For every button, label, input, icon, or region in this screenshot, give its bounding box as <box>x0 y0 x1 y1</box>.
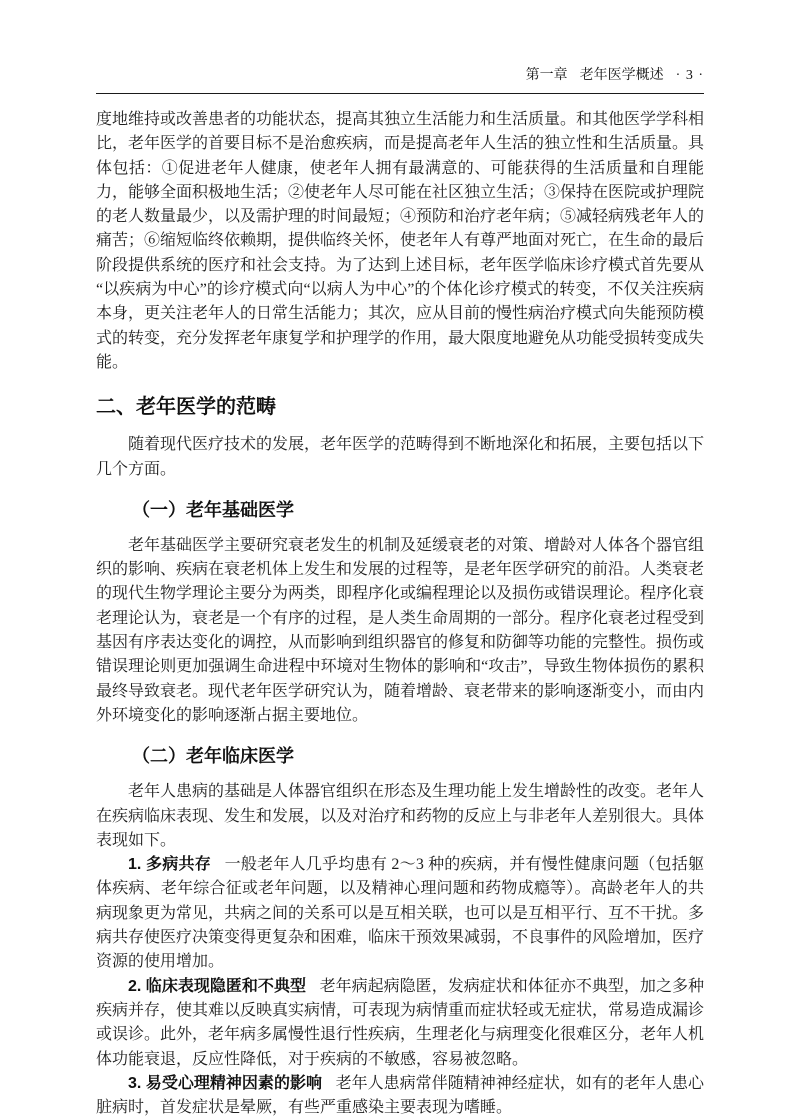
textbook-page: 第一章 老年医学概述 · 3 · 度地维持或改善患者的功能状态，提高其独立生活能… <box>0 0 800 1103</box>
subsection-paragraph-basic-medicine: 老年基础医学主要研究衰老发生的机制及延缓衰老的对策、增龄对人体各个器官组织的影响… <box>96 534 704 728</box>
numbered-item-comorbidity: 1. 多病共存一般老年人几乎均患有 2～3 种的疾病，并有慢性健康问题（包括躯体… <box>96 853 704 974</box>
page-body: 度地维持或改善患者的功能状态，提高其独立生活能力和生活质量。和其他医学学科相比，… <box>96 108 704 1120</box>
intro-paragraph: 度地维持或改善患者的功能状态，提高其独立生活能力和生活质量。和其他医学学科相比，… <box>96 108 704 375</box>
subsection-paragraph-clinical-medicine: 老年人患病的基础是人体器官组织在形态及生理功能上发生增龄性的改变。老年人在疾病临… <box>96 780 704 853</box>
numbered-item-label: 2. 临床表现隐匿和不典型 <box>128 978 306 995</box>
numbered-item-text: 一般老年人几乎均患有 2～3 种的疾病，并有慢性健康问题（包括躯体疾病、老年综合… <box>96 856 704 970</box>
subsection-heading-basic-medicine: （一）老年基础医学 <box>96 498 704 522</box>
page-number: · 3 · <box>676 66 704 86</box>
running-head-title: 老年医学概述 <box>580 66 664 86</box>
subsection-heading-clinical-medicine: （二）老年临床医学 <box>96 744 704 768</box>
numbered-item-label: 3. 易受心理精神因素的影响 <box>128 1075 322 1092</box>
section-paragraph: 随着现代医疗技术的发展，老年医学的范畴得到不断地深化和拓展，主要包括以下几个方面… <box>96 433 704 482</box>
running-head: 第一章 老年医学概述 · 3 · <box>96 66 704 94</box>
section-heading: 二、老年医学的范畴 <box>96 394 704 420</box>
numbered-item-atypical-presentation: 2. 临床表现隐匿和不典型老年病起病隐匿，发病症状和体征亦不典型，加之多种疾病并… <box>96 975 704 1072</box>
numbered-item-psychological-factors: 3. 易受心理精神因素的影响老年人患病常伴随精神神经症状，如有的老年人患心脏病时… <box>96 1072 704 1120</box>
chapter-label: 第一章 <box>526 66 568 86</box>
numbered-item-label: 1. 多病共存 <box>128 856 211 873</box>
